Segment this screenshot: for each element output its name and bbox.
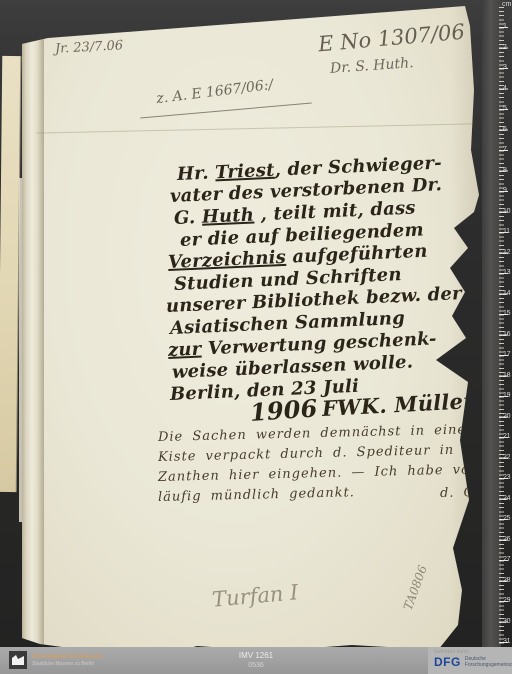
- ruler-number: 2: [503, 44, 507, 51]
- annotation-line: Zanthen hier eingehen. — Ich habe vor-: [158, 462, 483, 485]
- torn-edge-shading: [450, 0, 484, 664]
- ruler-number: 24: [503, 495, 510, 502]
- inventory-number: IMV 1261: [239, 650, 273, 661]
- pencil-registry-number: E No 1307/06: [317, 20, 465, 57]
- annotation-line: Die Sachen werden demnächst in einer: [158, 422, 474, 445]
- ruler-number: 8: [503, 167, 507, 174]
- pencil-name-note: Dr. S. Huth.: [330, 55, 415, 77]
- museum-branding: Ethnologisches Museum Staatliche Museen …: [9, 651, 103, 669]
- annotation-initials: d. O.: [440, 485, 480, 501]
- museum-organization: Staatliche Museen zu Berlin: [32, 661, 103, 668]
- dfg-funding-box: Gefördert durch DFG Deutsche Forschungsg…: [428, 647, 512, 674]
- ruler-number: 5: [503, 105, 507, 112]
- ruler-unit-label: cm: [502, 1, 511, 8]
- ruler-number: 23: [503, 474, 510, 481]
- ruler-number: 7: [503, 146, 507, 153]
- museum-logo-icon: [9, 651, 27, 669]
- annotation-line: läufig mündlich gedankt.: [158, 485, 355, 505]
- ruler-number: 21: [503, 433, 510, 440]
- ruler-number: 22: [503, 454, 510, 461]
- ruler-number: 10: [503, 208, 510, 215]
- ruler-number: 16: [503, 331, 510, 338]
- ruler-number: 17: [503, 351, 510, 358]
- ruler-number: 15: [503, 310, 510, 317]
- letter-year: 1906: [249, 393, 318, 427]
- ruler-number: 27: [503, 556, 510, 563]
- pencil-date-note: Jr. 23/7.06: [55, 38, 124, 57]
- ruler-number: 29: [503, 597, 510, 604]
- ruler-number: 9: [503, 187, 507, 194]
- ruler-number: 28: [503, 577, 510, 584]
- scan-stage: Jr. 23/7.06 E No 1307/06 Dr. S. Huth. z.…: [0, 0, 512, 674]
- pencil-file-note: z. A. E 1667/06:/: [155, 77, 274, 107]
- letter-page: Jr. 23/7.06 E No 1307/06 Dr. S. Huth. z.…: [22, 0, 484, 664]
- pencil-collection-label: Turfan I: [211, 580, 299, 611]
- ruler-number: 20: [503, 413, 510, 420]
- ruler-number: 14: [503, 290, 510, 297]
- ruler-number: 18: [503, 372, 510, 379]
- ruler-number: 12: [503, 249, 510, 256]
- inventory-id: IMV 1261 0536: [239, 650, 273, 670]
- ruler-number: 1: [503, 23, 507, 30]
- ruler-number: 26: [503, 536, 510, 543]
- ruler-number: 30: [503, 618, 510, 625]
- ruler-number: 13: [503, 269, 510, 276]
- museum-glyph: [9, 651, 27, 669]
- cm-ruler: cm 1234567891011121314151617181920212223…: [482, 0, 512, 648]
- ruler-number: 11: [503, 228, 510, 235]
- dfg-logo: DFG: [434, 656, 461, 668]
- dfg-name: Deutsche Forschungsgemeinschaft: [465, 656, 511, 668]
- ruler-number: 6: [503, 126, 507, 133]
- page-crease: [36, 123, 472, 133]
- underlying-page-sliver: [19, 178, 22, 522]
- ruler-number: 19: [503, 392, 510, 399]
- ruler-number: 25: [503, 515, 510, 522]
- annotation-line: Kiste verpackt durch d. Spediteur in: [158, 443, 455, 465]
- ruler-number: 3: [503, 64, 507, 71]
- page-fold-strip: [22, 34, 44, 650]
- footer-bar: Ethnologisches Museum Staatliche Museen …: [0, 647, 512, 674]
- ruler-number: 4: [503, 85, 507, 92]
- museum-name: Ethnologisches Museum: [32, 653, 103, 661]
- scan-page-number: 0536: [239, 661, 273, 670]
- ruler-number: 31: [503, 638, 510, 645]
- pencil-vertical-number: TA0806: [401, 563, 430, 612]
